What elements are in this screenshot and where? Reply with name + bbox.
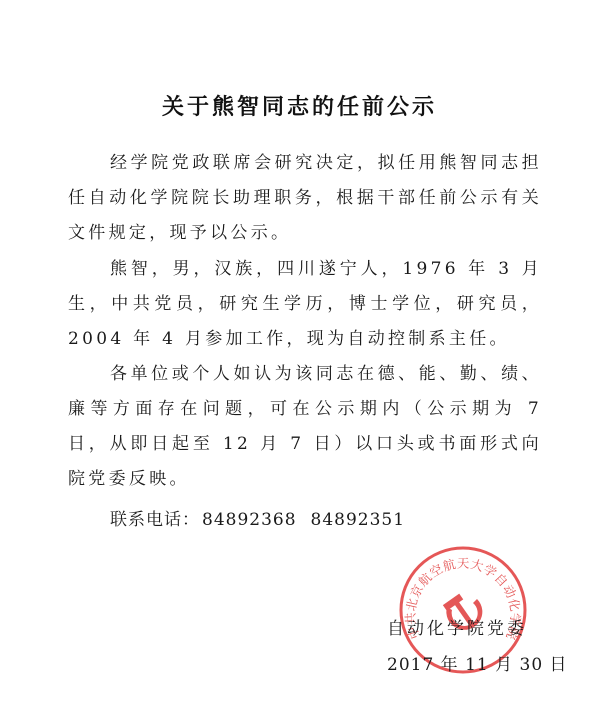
contact-label: 联系电话：	[110, 510, 200, 530]
document-title: 关于熊智同志的任前公示	[0, 90, 599, 121]
contact-phone-2: 84892351	[311, 510, 406, 530]
paragraph-appointment: 经学院党政联席会研究决定，拟任用熊智同志担任自动化学院院长助理职务，根据干部任前…	[68, 146, 542, 251]
contact-phone-1: 84892368	[202, 510, 297, 530]
signer: 自动化学院党委	[387, 614, 527, 639]
document-date: 2017 年 11 月 30 日	[387, 650, 568, 675]
paragraph-profile: 熊智，男，汉族，四川遂宁人，1976 年 3 月生，中共党员，研究生学历，博士学…	[68, 252, 542, 357]
contact-line: 联系电话：8489236884892351	[110, 505, 405, 530]
paragraph-feedback: 各单位或个人如认为该同志在德、能、勤、绩、廉等方面存在问题，可在公示期内（公示期…	[68, 357, 542, 497]
